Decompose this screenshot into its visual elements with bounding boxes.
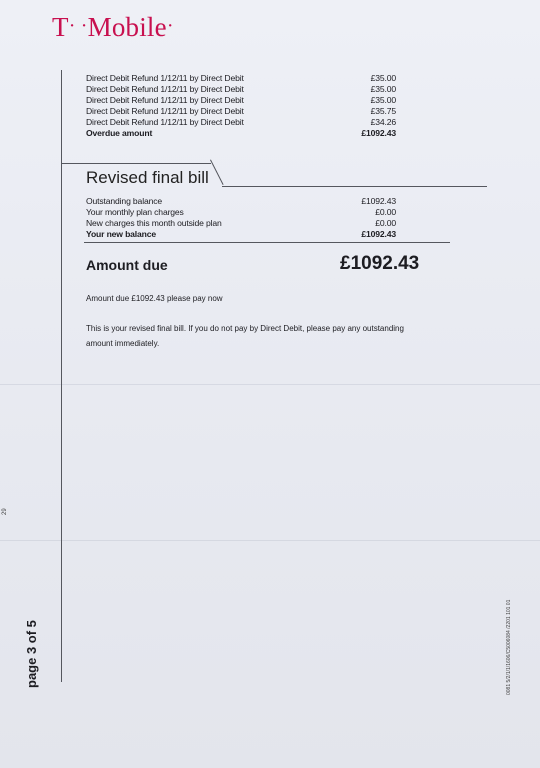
refund-row: Direct Debit Refund 1/12/11 by Direct De… (86, 95, 396, 105)
side-mark: 29 (2, 508, 8, 515)
paper-fold (0, 540, 540, 541)
amount-due-label: Amount due (86, 257, 168, 273)
paper-fold (0, 384, 540, 385)
section-tab-edge (210, 160, 224, 185)
refund-row: Direct Debit Refund 1/12/11 by Direct De… (86, 106, 396, 116)
bill-row: New charges this month outside plan£0.00 (86, 218, 396, 228)
overdue-amount-row: Overdue amount£1092.43 (86, 128, 396, 138)
total-rule (84, 242, 450, 243)
document-code: 0081 5/2/1/1/1606/C5006084 /2201 101 01 (506, 600, 512, 695)
section-rule (61, 163, 211, 164)
info-note: This is your revised final bill. If you … (86, 321, 426, 351)
tmobile-logo: T· ·Mobile· (52, 12, 174, 43)
section-title: Revised final bill (86, 168, 209, 188)
amount-due-value: £1092.43 (340, 253, 419, 275)
bill-row: Outstanding balance£1092.43 (86, 196, 396, 206)
new-balance-row: Your new balance£1092.43 (86, 229, 396, 239)
refund-row: Direct Debit Refund 1/12/11 by Direct De… (86, 117, 396, 127)
refund-row: Direct Debit Refund 1/12/11 by Direct De… (86, 73, 396, 83)
page-number: page 3 of 5 (24, 620, 39, 688)
bill-row: Your monthly plan charges£0.00 (86, 207, 396, 217)
pay-now-note: Amount due £1092.43 please pay now (86, 291, 426, 306)
margin-rule (61, 70, 62, 682)
section-rule (222, 186, 487, 187)
refund-row: Direct Debit Refund 1/12/11 by Direct De… (86, 84, 396, 94)
